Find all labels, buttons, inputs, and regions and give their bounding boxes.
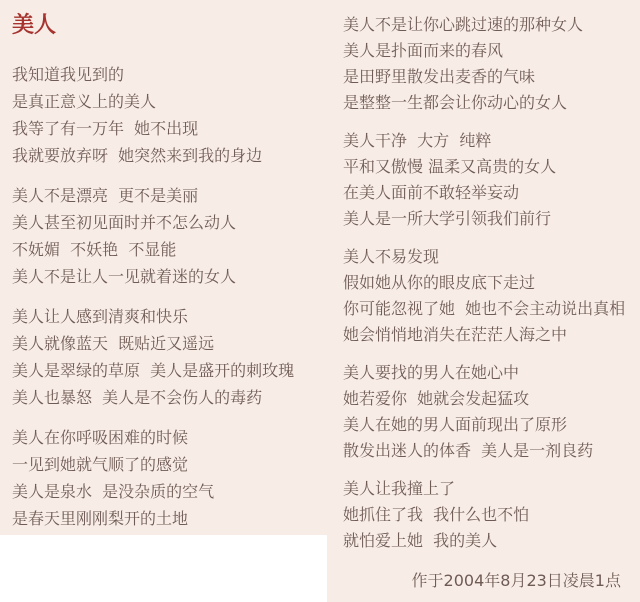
signature: 作于2004年8月23日凌晨1点 — [343, 568, 633, 594]
poem-line: 美人甚至初见面时并不怎么动人 — [12, 209, 334, 236]
right-stanza-5: 美人让我撞上了 她抓住了我 我什么也不怕 就怕爱上她 我的美人 — [343, 476, 633, 554]
poem-line: 美人不是让你心跳过速的那种女人 — [343, 12, 633, 38]
poem-line: 她抓住了我 我什么也不怕 — [343, 502, 633, 528]
poem-line: 美人让我撞上了 — [343, 476, 633, 502]
poem-line: 美人在她的男人面前现出了原形 — [343, 412, 633, 438]
poem-line: 假如她从你的眼皮底下走过 — [343, 270, 633, 296]
poem-line: 平和又傲慢 温柔又高贵的女人 — [343, 154, 633, 180]
right-stanza-3: 美人不易发现 假如她从你的眼皮底下走过 你可能忽视了她 她也不会主动说出真相 她… — [343, 244, 633, 348]
poem-line: 在美人面前不敢轻举妄动 — [343, 180, 633, 206]
poem-line: 美人不易发现 — [343, 244, 633, 270]
poem-line: 美人就像蓝天 既贴近又遥远 — [12, 330, 334, 357]
poem-line: 美人不是漂亮 更不是美丽 — [12, 182, 334, 209]
poem-line: 一见到她就气顺了的感觉 — [12, 451, 334, 478]
right-stanza-2: 美人干净 大方 纯粹 平和又傲慢 温柔又高贵的女人 在美人面前不敢轻举妄动 美人… — [343, 128, 633, 232]
poem-title: 美人 — [12, 14, 334, 38]
poem-line: 美人是一所大学引领我们前行 — [343, 206, 633, 232]
poem-line: 是春天里刚刚梨开的土地 — [12, 505, 334, 532]
poem-line: 美人是泉水 是没杂质的空气 — [12, 478, 334, 505]
poem-line: 是田野里散发出麦香的气味 — [343, 64, 633, 90]
poem-page: 美人 我知道我见到的 是真正意义上的美人 我等了有一万年 她不出现 我就要放弃呀… — [0, 0, 640, 602]
left-column: 美人 我知道我见到的 是真正意义上的美人 我等了有一万年 她不出现 我就要放弃呀… — [12, 14, 334, 545]
left-stanza-1: 我知道我见到的 是真正意义上的美人 我等了有一万年 她不出现 我就要放弃呀 她突… — [12, 61, 334, 169]
poem-line: 我知道我见到的 — [12, 61, 334, 88]
right-stanza-1: 美人不是让你心跳过速的那种女人 美人是扑面而来的春风 是田野里散发出麦香的气味 … — [343, 12, 633, 116]
poem-line: 美人不是让人一见就着迷的女人 — [12, 263, 334, 290]
left-stanza-2: 美人不是漂亮 更不是美丽 美人甚至初见面时并不怎么动人 不妩媚 不妖艳 不显能 … — [12, 182, 334, 290]
poem-line: 她会悄悄地消失在茫茫人海之中 — [343, 322, 633, 348]
left-stanza-4: 美人在你呼吸困难的时候 一见到她就气顺了的感觉 美人是泉水 是没杂质的空气 是春… — [12, 424, 334, 532]
right-column: 美人不是让你心跳过速的那种女人 美人是扑面而来的春风 是田野里散发出麦香的气味 … — [343, 12, 633, 594]
poem-line: 美人要找的男人在她心中 — [343, 360, 633, 386]
poem-line: 我就要放弃呀 她突然来到我的身边 — [12, 142, 334, 169]
left-stanza-3: 美人让人感到清爽和快乐 美人就像蓝天 既贴近又遥远 美人是翠绿的草原 美人是盛开… — [12, 303, 334, 411]
poem-line: 不妩媚 不妖艳 不显能 — [12, 236, 334, 263]
poem-line: 就怕爱上她 我的美人 — [343, 528, 633, 554]
white-patch — [0, 535, 327, 602]
poem-line: 你可能忽视了她 她也不会主动说出真相 — [343, 296, 633, 322]
poem-line: 我等了有一万年 她不出现 — [12, 115, 334, 142]
poem-line: 美人在你呼吸困难的时候 — [12, 424, 334, 451]
poem-line: 美人让人感到清爽和快乐 — [12, 303, 334, 330]
right-stanza-4: 美人要找的男人在她心中 她若爱你 她就会发起猛攻 美人在她的男人面前现出了原形 … — [343, 360, 633, 464]
poem-line: 散发出迷人的体香 美人是一剂良药 — [343, 438, 633, 464]
poem-line: 她若爱你 她就会发起猛攻 — [343, 386, 633, 412]
poem-line: 美人也暴怒 美人是不会伤人的毒药 — [12, 384, 334, 411]
poem-line: 是真正意义上的美人 — [12, 88, 334, 115]
poem-line: 美人干净 大方 纯粹 — [343, 128, 633, 154]
poem-line: 是整整一生都会让你动心的女人 — [343, 90, 633, 116]
poem-line: 美人是扑面而来的春风 — [343, 38, 633, 64]
poem-line: 美人是翠绿的草原 美人是盛开的刺玫瑰 — [12, 357, 334, 384]
